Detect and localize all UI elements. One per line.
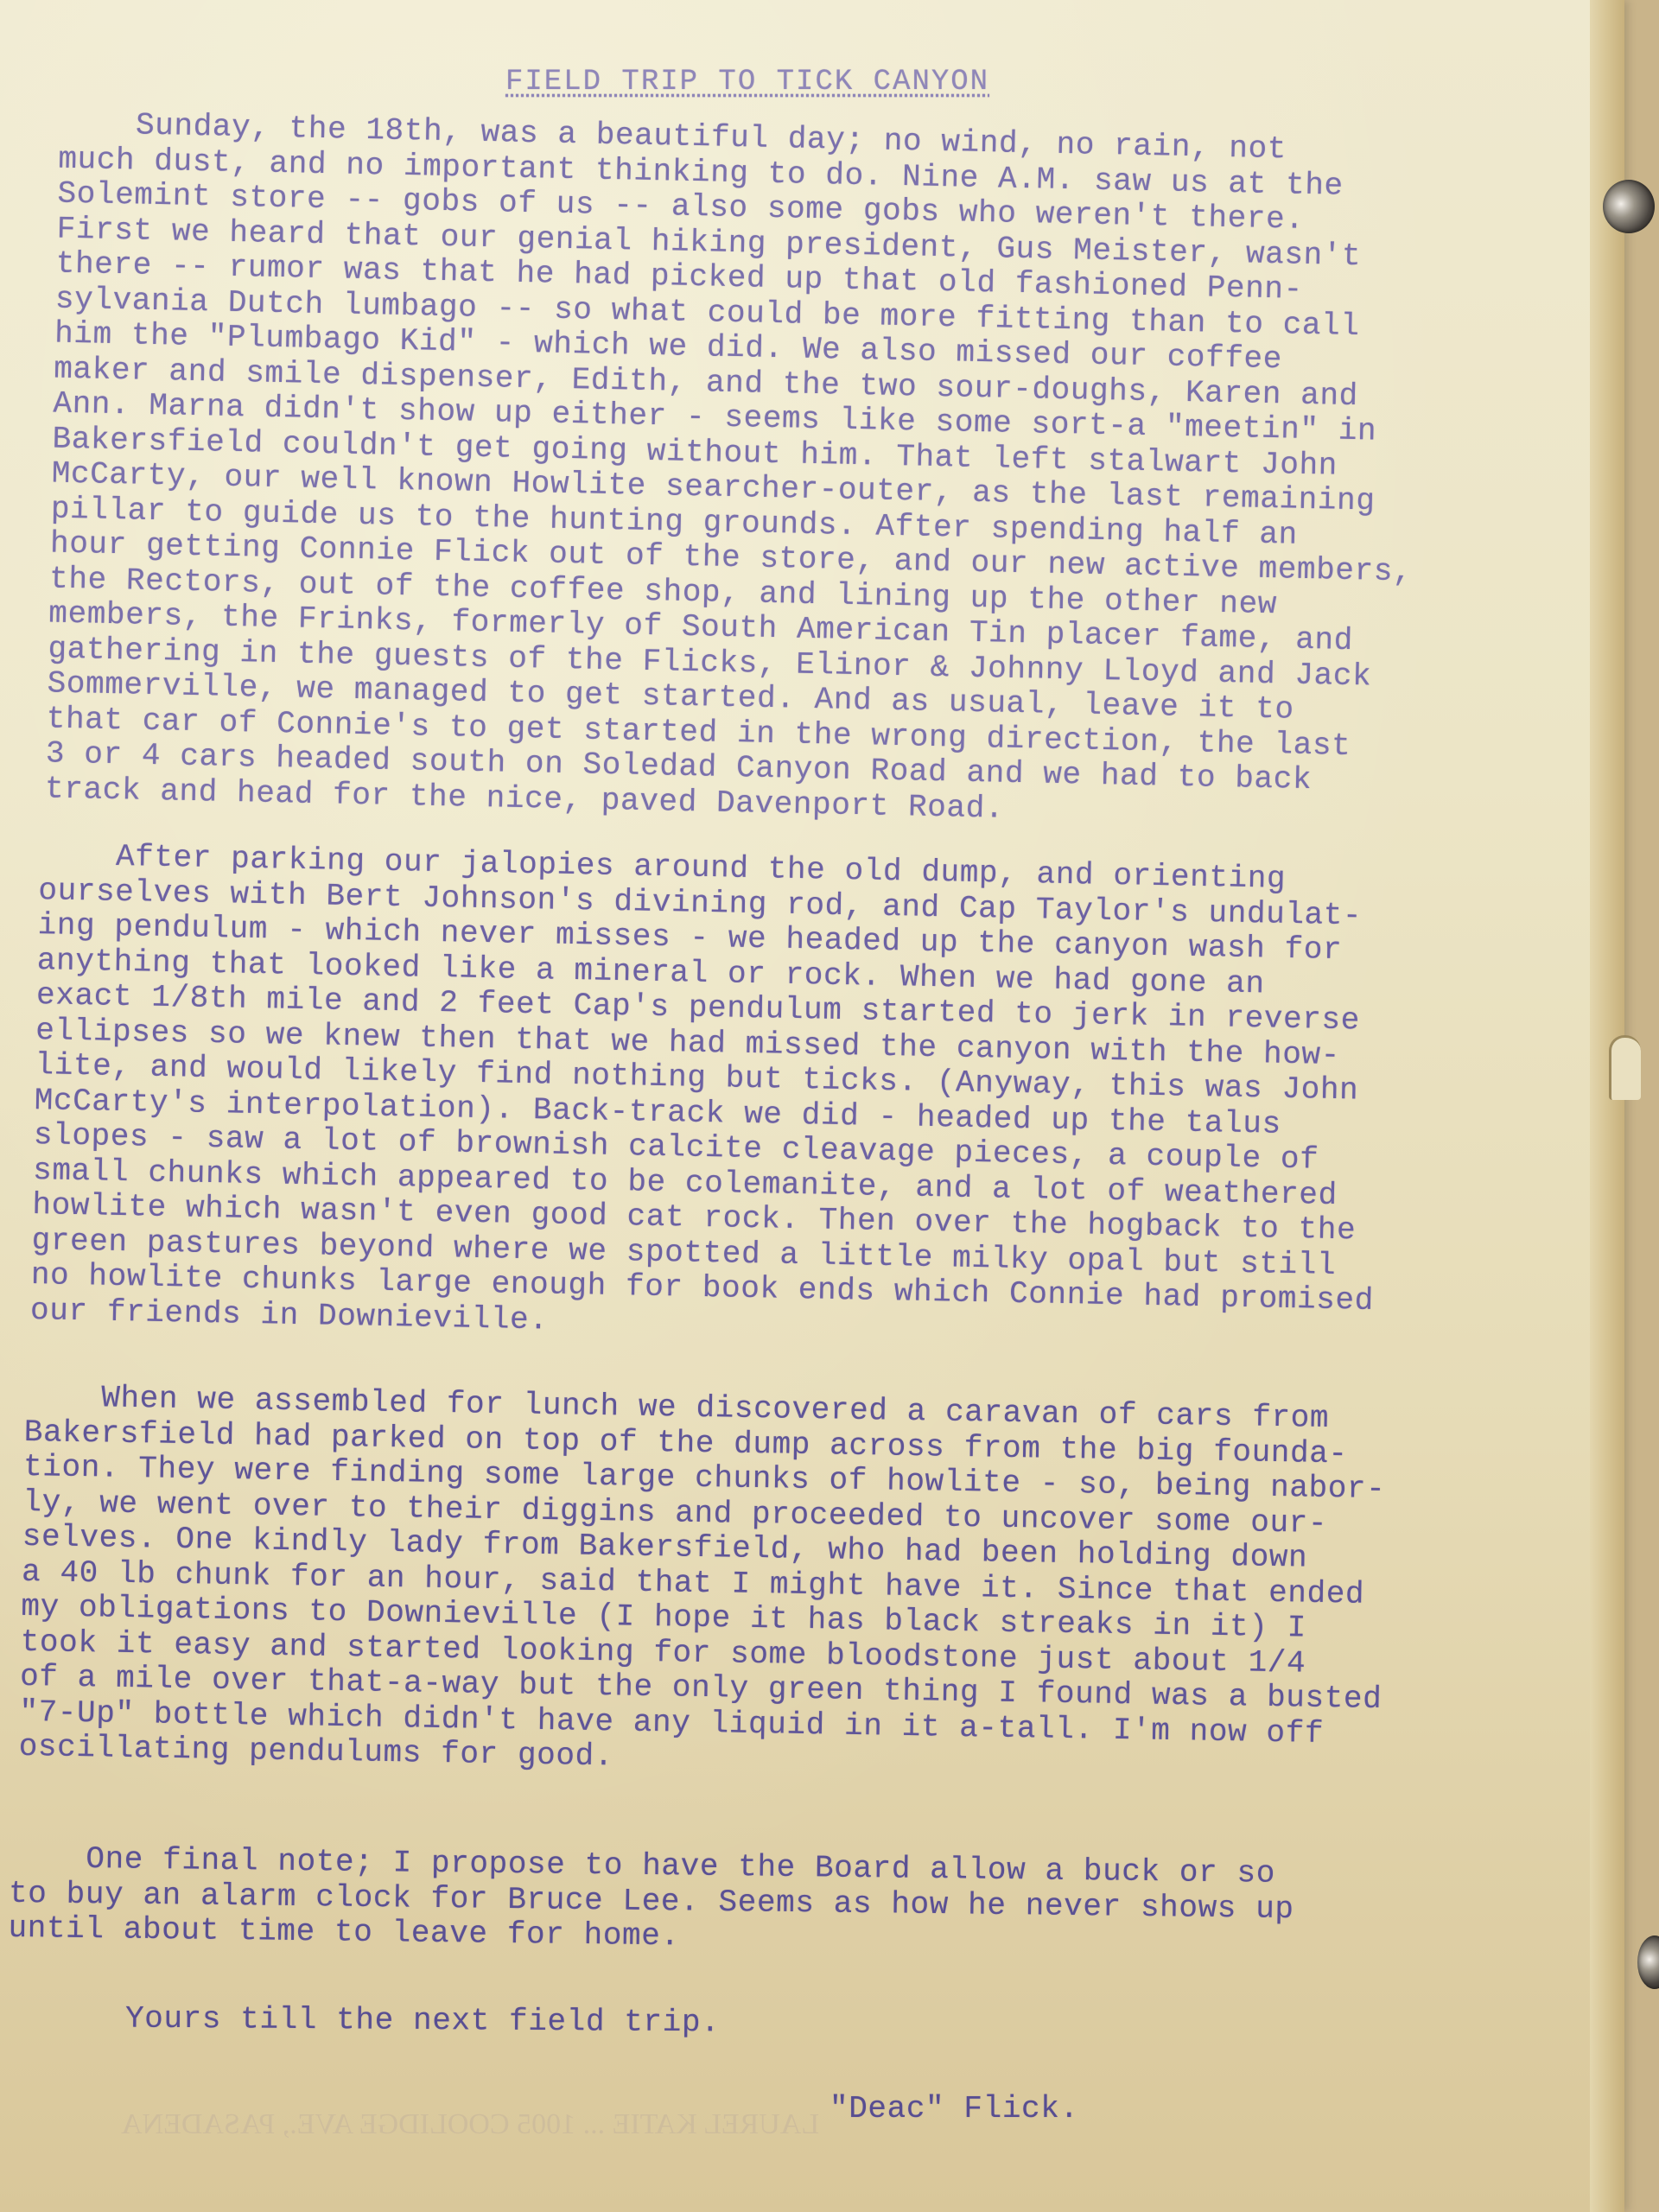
closing-line: Yours till the next field trip. (125, 2001, 721, 2041)
paragraph-2: After parking our jalopies around the ol… (30, 838, 1382, 1354)
page-notch (1609, 1035, 1641, 1100)
document-title: FIELD TRIP TO TICK CANYON (505, 66, 989, 99)
bleed-through-text: LAUREL KATIE ... 1005 COOLIDGE AVE., PAS… (121, 2108, 819, 2141)
page-edge (1590, 0, 1624, 2212)
paragraph-1: Sunday, the 18th, was a beautiful day; n… (45, 107, 1421, 836)
binder-ring-icon (1603, 180, 1655, 233)
paragraph-3: When we assembled for lunch we discovere… (18, 1380, 1387, 1788)
paragraph-4: One final note; I propose to have the Bo… (8, 1841, 1294, 1962)
typewritten-page: FIELD TRIP TO TICK CANYON Sunday, the 18… (0, 0, 1624, 2212)
binder-ring-icon (1637, 1935, 1659, 1989)
signature: "Deac" Flick. (829, 2091, 1079, 2126)
